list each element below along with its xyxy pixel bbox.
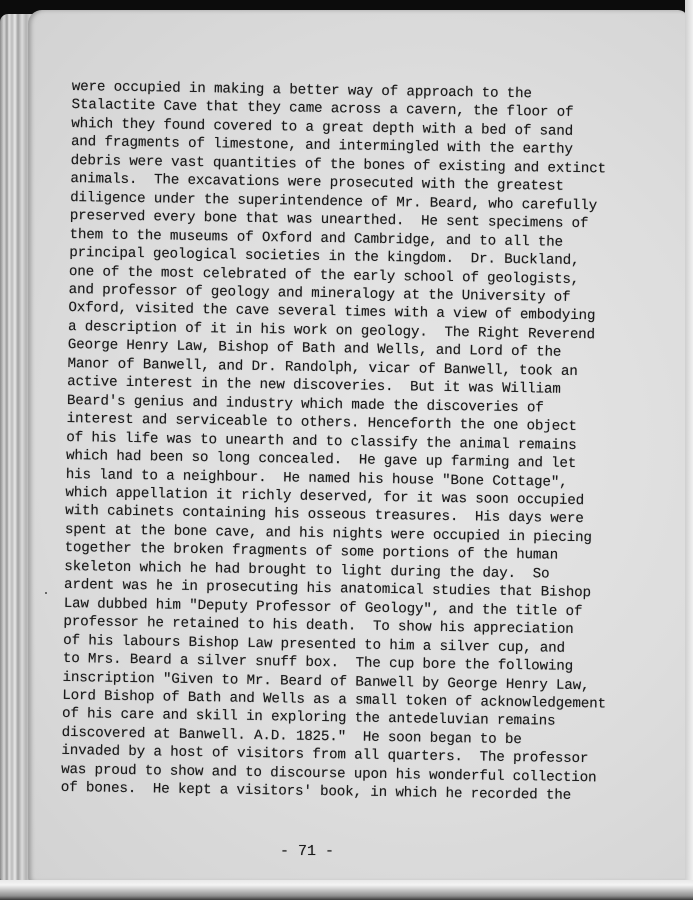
page-body-text: were occupied in making a better way of … xyxy=(61,78,662,807)
stray-ink-mark xyxy=(45,592,47,594)
page-bottom-edge xyxy=(0,880,693,900)
page-right-edge xyxy=(685,0,693,900)
page-number: - 71 - xyxy=(280,843,334,860)
